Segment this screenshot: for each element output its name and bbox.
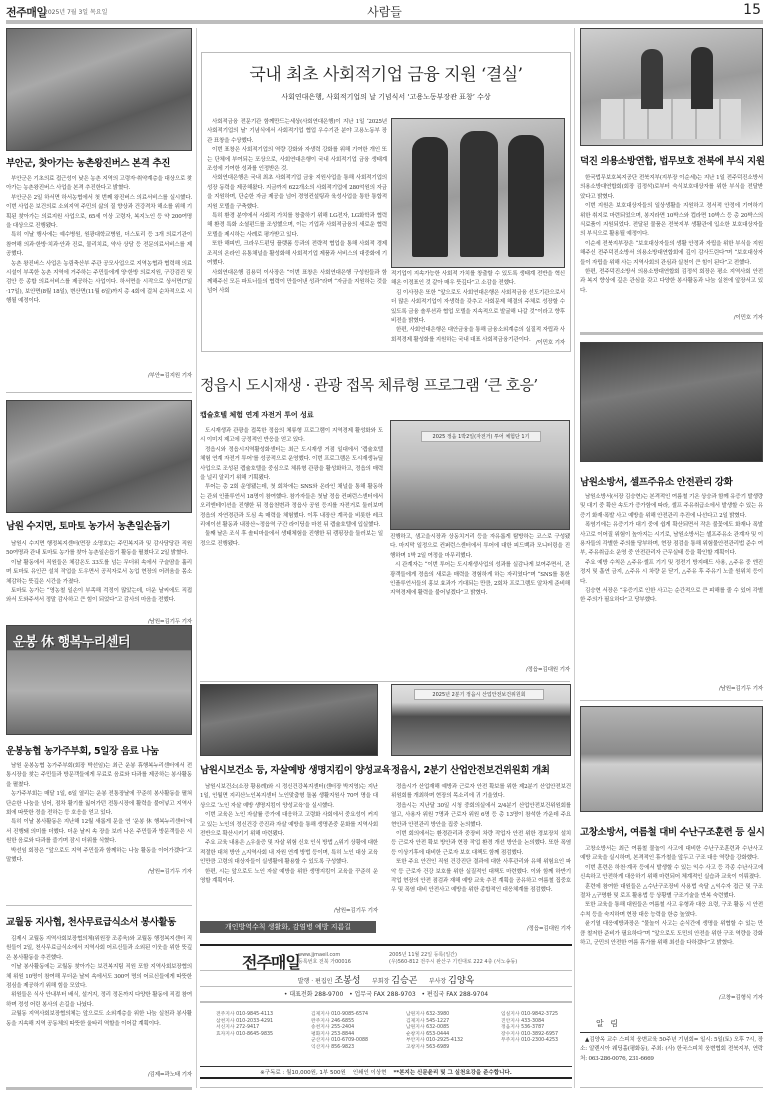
paragraph: 남원시 수지면 행정복지센터(면장 소명호)는 주민복지과 및 감사담당관 직원… — [6, 540, 192, 559]
paragraph: 위원들은 식사 안내부터 배식, 설거지, 정리 정돈까지 다양한 활동에 직접… — [6, 991, 192, 1010]
paragraph: 특히 환경 분야에서 사회적 가치를 창출하기 위해 LG전자, LG화학과 협… — [207, 212, 387, 240]
person-figure — [691, 47, 713, 109]
branch-name: 남원지사 — [406, 1012, 425, 1017]
feature-body-col1: 사회적금융 전문기관 함께만드는세상(사회연대은행)이 지난 1일 ‘2025년… — [207, 118, 387, 348]
jeongeup-safety-byline: /정읍=김대원 기자 — [391, 925, 571, 934]
notice-text: ▲김양옥 교수 스피치 웅변교육 50주년 기념회= 일시: 5일(토) 오후 … — [580, 1036, 763, 1064]
paragraph: 도시재생과 관광을 접목한 정읍의 체류형 프로그램이 지역경제 활성화와 도시… — [200, 427, 383, 446]
paragraph: 부안군은 2일 하서면 하서농협에서 첫 번째 왕진버스 의료서비스를 실시했다… — [6, 194, 192, 232]
namwon-fire-body: 남원소방서(서장 김승현)는 본격적인 여름철 기온 상승과 함께 유증기 발생… — [580, 493, 763, 683]
imprint-website: www.jjmaeil.com — [298, 952, 340, 959]
branch-name: 군산지사 — [311, 1038, 330, 1043]
ethics-statement: **본지는 신문윤리 및 그 실천요강을 준수합니다. — [393, 1070, 511, 1076]
paragraph: 김승현 서장은 “유증기로 인한 사고는 순간적으로 큰 피해를 줄 수 있어 … — [580, 587, 763, 606]
branch-phone: 563-6989 — [426, 1045, 449, 1050]
divider — [6, 905, 192, 906]
divider — [200, 1066, 572, 1067]
imprint-footer: ※구독료 : 월10,000원, 1부 500원 인쇄인 이상현 **본지는 신… — [200, 1068, 572, 1076]
jeongeup-tour-subhead: 캡슐호텔 체험 연계 자전거 투어 성료 — [200, 410, 314, 420]
paragraph: 또한 교육을 통해 대원들은 여름철 사고 유형과 대응 요령, 구조 활동 시… — [580, 901, 763, 920]
branch-phone: 255-2404 — [331, 1025, 354, 1030]
branch-phone: 010-2925-4132 — [426, 1038, 463, 1043]
feature-byline: /이민호 기자 — [391, 339, 565, 348]
paragraph: 이날 활동에서 직원들은 체감온도 33도를 넘는 무더위 속에서 구슬땀을 흘… — [6, 559, 192, 587]
branch-phone: 632-3980 — [426, 1012, 449, 1017]
branch-name: 김제지사 — [406, 1019, 425, 1024]
namwon-health-body: 남원시보건소(소장 황용례)와 시 정신건강복지센터(센터장 박지영)는 지난 … — [200, 783, 378, 918]
branch-office: 효자지사 010-8645-9835 — [216, 1032, 311, 1039]
divider — [200, 970, 572, 971]
paragraph: 특히 이날 행사에는 예수병원, 원광대학교병원, 더스토리 등 3개 의료기관… — [6, 231, 192, 259]
public-health-banner: 개인방역수칙 생활화, 감염병 예방 지름길 — [200, 921, 376, 933]
branch-office: 익산지사 856-9823 — [311, 1045, 406, 1052]
branch-name: 무주지사 — [501, 1038, 520, 1043]
paragraph: 사회적금융 전문기관 함께만드는세상(사회연대은행)이 지난 1일 ‘2025년… — [207, 118, 387, 146]
paragraph: 사회연대은행 김용덕 이사장은 “이번 표창은 사회연대은행 구성원들과 함께해… — [207, 269, 387, 297]
person-figure — [641, 49, 663, 109]
branch-office: 고창지사 563-6989 — [406, 1045, 501, 1052]
branch-phone: 010-3892-6957 — [521, 1032, 558, 1037]
branch-name: 김제지사 — [311, 1012, 330, 1017]
buan-byline: /부안=김지원 기자 — [6, 372, 192, 381]
namwon-health-headline: 남원시보건소 등, 자살예방 생명지킴이 양성교육 — [200, 762, 390, 776]
gyowol-headline: 교월동 지사협, 천사무료급식소서 봉사활동 — [6, 914, 176, 928]
branch-phone: 536-3787 — [521, 1025, 544, 1030]
notice-body: ▲김양옥 교수 스피치 웅변교육 50주년 기념회= 일시: 5일(토) 오후 … — [580, 1036, 763, 1064]
branch-phone: 653-0444 — [426, 1032, 449, 1037]
imprint-registered-date: 2005년 11월 22일 등록(일간) — [389, 952, 457, 959]
paragraph: 이번 회의에서는 환경관리과 중장비 차량 작업자 안전 위한 경보장치 설치 … — [391, 830, 571, 858]
staff-role: 부사장 — [429, 978, 446, 985]
branch-name: 전주지사 — [216, 1012, 235, 1017]
notice-title: 알 림 — [596, 1018, 620, 1029]
paragraph: 한국법무보호복지공단 전북지부(지부장 이순세)는 지난 1일 전주덕진소방서 … — [580, 174, 763, 202]
imprint-staff: 발행 · 편집인 조봉성 부회장 김승곤 부사장 김양옥 — [200, 973, 572, 986]
divider — [200, 1087, 572, 1088]
branch-phone: 010-2033-4291 — [236, 1019, 273, 1024]
paragraph: 또한 주요 안건인 직원 건강진단 결과에 대한 사후관리와 유해 위험요인 파… — [391, 858, 571, 896]
paragraph: 한편, 전주덕진소방서 의용소방대연합회 김정석 회장은 평소 지역사회 안전과… — [580, 268, 763, 296]
branch-phone: 246-6855 — [331, 1019, 354, 1024]
branch-name: 진안지사 — [501, 1019, 520, 1024]
namwon-tomato-body: 남원시 수지면 행정복지센터(면장 소명호)는 주민복지과 및 감사담당관 직원… — [6, 540, 192, 630]
paragraph: 폭염기에는 유증기가 대기 중에 쉽게 확산되면서 작은 불꽃에도 화재나 폭발… — [580, 521, 763, 559]
person-figure — [460, 131, 498, 257]
namwon-fire-headline: 남원소방서, 셀프주유소 안전관리 강화 — [580, 474, 732, 488]
subscription-fee: ※구독료 : 월10,000원, 1부 500원 — [260, 1070, 346, 1076]
branch-name: 임실지사 — [501, 1012, 520, 1017]
branch-name: 익산지사 — [311, 1045, 330, 1050]
staff-name: 김승곤 — [391, 976, 417, 986]
feature-body-col2: 적기업이 지속가능한 사회적 가치를 창출할 수 있도록 생태계 전반을 혁신해… — [391, 270, 565, 350]
imprint-registration: 등록번호 전북 가00016 — [298, 959, 351, 966]
paragraph: 농가주부회는 매달 1일, 6일 열리는 운봉 전통장날에 꾸준히 봉사활동을 … — [6, 790, 192, 818]
jeongeup-safety-body: 정읍시가 산업재해 예방과 근로자 안전 확보를 위한 제2분기 산업안전보건위… — [391, 783, 571, 926]
namwon-fire-byline: /남원=김기두 기자 — [580, 685, 763, 694]
gochang-fire-body: 고창소방서는 최근 여름철 물놀이 사고에 대비한 수난구조훈련과 수난사고 예… — [580, 845, 763, 995]
column-rule — [574, 28, 575, 1088]
imprint-address: (우)560-812 전주시 완산구 기린대로 222 4층 (서노송동) — [389, 959, 517, 966]
branch-office: 군산지사 010-6709-0088 — [311, 1038, 406, 1045]
branch-office: 정읍지사 536-3787 — [501, 1025, 596, 1032]
paragraph: 교월동 지역사회보장협의체는 앞으로도 소외계층을 위한 나눔 실천과 봉사활동… — [6, 1010, 192, 1029]
imprint-top-rule — [200, 944, 572, 946]
page-masthead: 전주매일 2025년 7월 3일 목요일 사람들 15 — [6, 2, 763, 22]
divider — [580, 1087, 763, 1088]
branch-name: 고창지사 — [406, 1045, 425, 1050]
branch-phone: 856-9823 — [331, 1045, 354, 1050]
paragraph: 윤기열 대응예방과장은 “물놀이 사고는 순식간에 생명을 위협할 수 있는 만… — [580, 920, 763, 948]
staff-role: 부회장 — [372, 978, 389, 985]
paragraph: 정읍시가 산업재해 예방과 근로자 안전 확보를 위한 제2분기 산업안전보건위… — [391, 783, 571, 802]
branch-office — [216, 1045, 311, 1052]
branch-office: 임실지사 010-9842-3725 — [501, 1012, 596, 1019]
branch-office: 김제지사 010-9085-6574 — [311, 1012, 406, 1019]
paragraph: 농촌 왕진버스 사업은 농림축산부 주관 공모사업으로 지역농협과 협력해 의료… — [6, 260, 192, 307]
masthead-rule — [6, 20, 763, 24]
branch-phone: 253-8844 — [331, 1032, 354, 1037]
feature-title: 국내 최초 사회적기업 금융 지원 ‘결실’ — [201, 60, 571, 85]
branch-office: 부안지사 010-2925-4132 — [406, 1038, 501, 1045]
buan-photo — [6, 28, 192, 151]
buan-body: 부안군은 기초의료 접근성이 낮은 농촌 지역의 고령자·취약계층을 대상으로 … — [6, 175, 192, 380]
branch-name: 순창지사 — [406, 1032, 425, 1037]
paragraph: 적기업이 지속가능한 사회적 가치를 창출할 수 있도록 생태계 전반을 혁신해… — [391, 270, 565, 289]
gochang-fire-headline: 고창소방서, 여름철 대비 수난구조훈련 등 실시 — [580, 824, 765, 838]
paragraph: 남원 운봉농협 농가주부회(회장 박선임)는 최근 운봉 휴행복누리센터에서 전… — [6, 762, 192, 790]
jeongeup-safety-headline: 정읍시, 2분기 산업안전보건위원회 개최 — [391, 762, 550, 776]
branch-name: 삼천지사 — [216, 1019, 235, 1024]
divider — [580, 332, 763, 335]
branch-office: 전주지사 010-9845-4113 — [216, 1012, 311, 1019]
paragraph: 김 이사장은 또한 “앞으로도 사회연대은행은 사회적금융 선도기관으로서 더 … — [391, 289, 565, 327]
divider — [580, 700, 763, 701]
section-title: 사람들 — [6, 3, 763, 20]
branch-office — [216, 1038, 311, 1045]
jeongeup-tour-body-col2: 진행하고, 샘고을시장과 상동치거리 등을 자유롭게 탐방하는 코스로 구성됐다… — [390, 533, 570, 668]
paragraph: 남원시보건소(소장 황용례)와 시 정신건강복지센터(센터장 박지영)는 지난 … — [200, 783, 378, 811]
paragraph: 진행하고, 샘고을시장과 상동치거리 등을 자유롭게 탐방하는 코스로 구성됐다… — [390, 533, 570, 561]
unbong-sign: 운봉 休 행복누리센터 — [13, 631, 130, 650]
staff-name: 조봉성 — [334, 976, 360, 986]
branch-phone: 632-0085 — [426, 1025, 449, 1030]
paragraph: 이날 봉사활동에는 교월동 찾아가는 보건복지팀 직원 포함 지역사회보장협의체… — [6, 963, 192, 991]
column-rule — [196, 28, 197, 1088]
unbong-headline: 운봉농협 농가주부회, 5일장 음료 나눔 — [6, 743, 159, 757]
branch-name: 송천지사 — [311, 1025, 330, 1030]
deokjin-headline: 덕진 의용소방연합, 법무보호 전북에 부식 지원 — [580, 153, 765, 167]
paragraph: 훈련에 참여한 대원들은 △수난구조장비 사용법 숙달 △익수자 접근 및 구조… — [580, 883, 763, 902]
paragraph: 주요 예방 수칙은 △주유·셀프 기기 및 정전기 방지패드 사용, △주유 중… — [580, 559, 763, 587]
branch-name: 정읍지사 — [501, 1025, 520, 1030]
paragraph: 시 관계자는 “이번 투어는 도시재생사업의 성과를 실감나게 보여주면서, 관… — [390, 561, 570, 599]
deokjin-byline: /이민호 기자 — [580, 314, 763, 323]
buan-headline: 부안군, 찾아가는 농촌왕진버스 본격 추진 — [6, 155, 170, 169]
branch-phone: 545-1227 — [426, 1019, 449, 1024]
branch-name: 효자지사 — [216, 1032, 235, 1037]
branch-phone: 010-6709-0088 — [331, 1038, 368, 1043]
branch-phone: 272-9417 — [236, 1025, 259, 1030]
staff-name: 김양옥 — [448, 976, 474, 986]
paragraph: 정읍시는 지난달 30일 시청 중회의실에서 2/4분기 산업안전보건위원회를 … — [391, 802, 571, 830]
paragraph: 정읍시와 정읍시지역활성화센터는 최근 도시재생 거점 일대에서 ‘캡슐호텔 체… — [200, 446, 383, 484]
imprint-bottom-rule — [200, 1077, 572, 1079]
feature-award-photo — [391, 118, 565, 268]
divider — [200, 681, 570, 682]
branch-name: 남원지사 — [406, 1025, 425, 1030]
event-banner: 2025 정읍 1박2일(자전거) 투어 체험단 1기 — [421, 431, 541, 442]
paragraph: 특히 이날 봉사활동은 지난해 12월 새롭게 문을 연 ‘운봉 休 행복누리센… — [6, 818, 192, 846]
committee-banner: 2025년 2분기 정읍시 산업안전보건위원회 — [414, 689, 544, 700]
paragraph: 이순세 전북지부장은 “보호대상자들의 생활 안정과 자립을 위한 부식을 지원… — [580, 240, 763, 268]
branch-phone: 010-2300-4253 — [521, 1038, 558, 1043]
branch-office: 서신지사 272-9417 — [216, 1025, 311, 1032]
paragraph: 이번 표창은 사회적기업의 역량 강화와 자생력 강화를 위해 기여한 개인 또… — [207, 146, 387, 174]
branch-name: 장수지사 — [501, 1032, 520, 1037]
branch-phone: 010-9845-4113 — [236, 1012, 273, 1017]
phone-business-fax: • 업무국 FAX 288-9703 — [349, 991, 416, 998]
unbong-byline: /남원=김기두 기자 — [6, 868, 192, 877]
divider — [6, 1087, 192, 1090]
paragraph: 이번 교육은 노인 자살률 증가에 대응하고 고령화 사회에서 중요성이 커지고… — [200, 811, 378, 839]
divider — [580, 1032, 763, 1033]
jeongeup-tour-photo: 2025 정읍 1박2일(자전거) 투어 체험단 1기 — [390, 420, 570, 530]
paragraph: 사회연대은행은 국내 최초 사회적기업 금융 지원사업을 통해 사회적기업의 성… — [207, 174, 387, 212]
paragraph: 투어는 총 2회 운영됐는데, 첫 회차에는 SNS와 온라인 채널을 통해 활… — [200, 483, 383, 530]
paragraph: 부안군은 기초의료 접근성이 낮은 농촌 지역의 고령자·취약계층을 대상으로 … — [6, 175, 192, 194]
printer: 인쇄인 이상현 — [353, 1070, 387, 1076]
branch-office-list: 전주지사 010-9845-4113김제지사 010-9085-6574남원지사… — [216, 1012, 576, 1052]
feature-subtitle: 사회연대은행, 사회적기업의 날 기념식서 ‘고용노동부장관 표창’ 수상 — [201, 92, 571, 102]
gyowol-body: 김제시 교월동 지역사회보장협의체(위원장 조종욱)와 교월동 행정복지센터 직… — [6, 935, 192, 1075]
divider — [200, 1001, 572, 1003]
branch-office: 남원지사 632-0085 — [406, 1025, 501, 1032]
divider — [200, 986, 572, 987]
branch-name: 서신지사 — [216, 1025, 235, 1030]
divider — [6, 392, 192, 393]
namwon-health-photo — [200, 684, 378, 756]
branch-name: 부안지사 — [406, 1038, 425, 1043]
gyowol-byline: /김제=곽노태 기자 — [6, 1071, 192, 1080]
namwon-fire-photo — [580, 342, 763, 462]
deokjin-photo — [580, 28, 763, 146]
paragraph: 둘째 날은 조식 후 솔티마을에서 생태체험을 진행한 뒤 캠핑장을 둘러보는 … — [200, 530, 383, 549]
branch-phone: 010-9085-6574 — [331, 1012, 368, 1017]
branch-phone: 010-9842-3725 — [521, 1012, 558, 1017]
paragraph: 남원소방서(서장 김승현)는 본격적인 여름철 기온 상승과 함께 유증기 발생… — [580, 493, 763, 521]
paragraph: 또한 해피빈, 크라우드펀딩 플랫폼 등과의 전략적 협업을 통해 사회적 경제… — [207, 240, 387, 268]
donated-boxes — [601, 99, 741, 139]
gochang-fire-photo — [580, 706, 763, 812]
paragraph: 이번 훈련은 하천·계곡 등에서 발생할 수 있는 익수 사고 등 각종 수난사… — [580, 864, 763, 883]
paragraph: 고창소방서는 최근 여름철 물놀이 사고에 대비한 수난구조훈련과 수난사고 예… — [580, 845, 763, 864]
paragraph: 토마토 농가는 “영농철 일손이 부족해 걱정이 많았는데, 더운 날씨에도 직… — [6, 587, 192, 606]
jeongeup-tour-byline: /정읍=김대원 기자 — [390, 666, 570, 675]
unbong-photo: 운봉 休 행복누리센터 — [6, 625, 192, 735]
branch-name: 평화지사 — [311, 1032, 330, 1037]
paragraph: 주요 교육 내용은 △우울증 및 자살 위험 신호 인식 방법 △위기 상황에 … — [200, 839, 378, 867]
deokjin-body: 한국법무보호복지공단 전북지부(지부장 이순세)는 지난 1일 전주덕진소방서 … — [580, 174, 763, 331]
person-figure — [508, 135, 544, 257]
branch-phone: 010-8645-9835 — [236, 1032, 273, 1037]
unbong-body: 남원 운봉농협 농가주부회(회장 박선임)는 최근 운봉 휴행복누리센터에서 전… — [6, 762, 192, 872]
namwon-health-byline: /남원=김기두 기자 — [200, 907, 378, 916]
phone-editorial-fax: • 편집국 FAX 288-9704 — [421, 991, 488, 998]
person-figure — [412, 137, 448, 257]
branch-name: 완주지사 — [311, 1019, 330, 1024]
paragraph: 김제시 교월동 지역사회보장협의체(위원장 조종욱)와 교월동 행정복지센터 직… — [6, 935, 192, 963]
jeongeup-tour-body-col1: 도시재생과 관광을 접목한 정읍의 체류형 프로그램이 지역경제 활성화와 도시… — [200, 427, 383, 675]
paragraph: 한편, 시는 앞으로도 노인 자살 예방을 위한 생명지킴이 교육을 꾸준히 운… — [200, 868, 378, 887]
paragraph: 이번 지원은 보호대상자들의 일상생활을 지원하고 정서적 안정에 기여하기 위… — [580, 202, 763, 240]
phone-main: • 대표전화 288-9700 — [284, 991, 343, 998]
gochang-fire-byline: /고창=김형식 기자 — [580, 994, 763, 1003]
jeongeup-safety-photo: 2025년 2분기 정읍시 산업안전보건위원회 — [391, 684, 571, 756]
namwon-tomato-headline: 남원 수지면, 토마토 농가서 농촌일손돕기 — [6, 518, 170, 532]
jeongeup-tour-headline: 정읍시 도시재생 · 관광 접목 체류형 프로그램 ‘큰 호응’ — [200, 374, 570, 395]
paragraph: 박선임 회장은 “앞으로도 지역 주민들과 함께하는 나눔 활동을 이어가겠다”… — [6, 847, 192, 866]
imprint-phones: • 대표전화 288-9700 • 업무국 FAX 288-9703 • 편집국… — [200, 989, 572, 998]
namwon-tomato-photo — [6, 400, 192, 513]
page-number: 15 — [743, 2, 761, 18]
staff-role: 발행 · 편집인 — [298, 978, 333, 985]
branch-office: 송천지사 255-2404 — [311, 1025, 406, 1032]
branch-phone: 433-3084 — [521, 1019, 544, 1024]
branch-office: 남원지사 632-3980 — [406, 1012, 501, 1019]
